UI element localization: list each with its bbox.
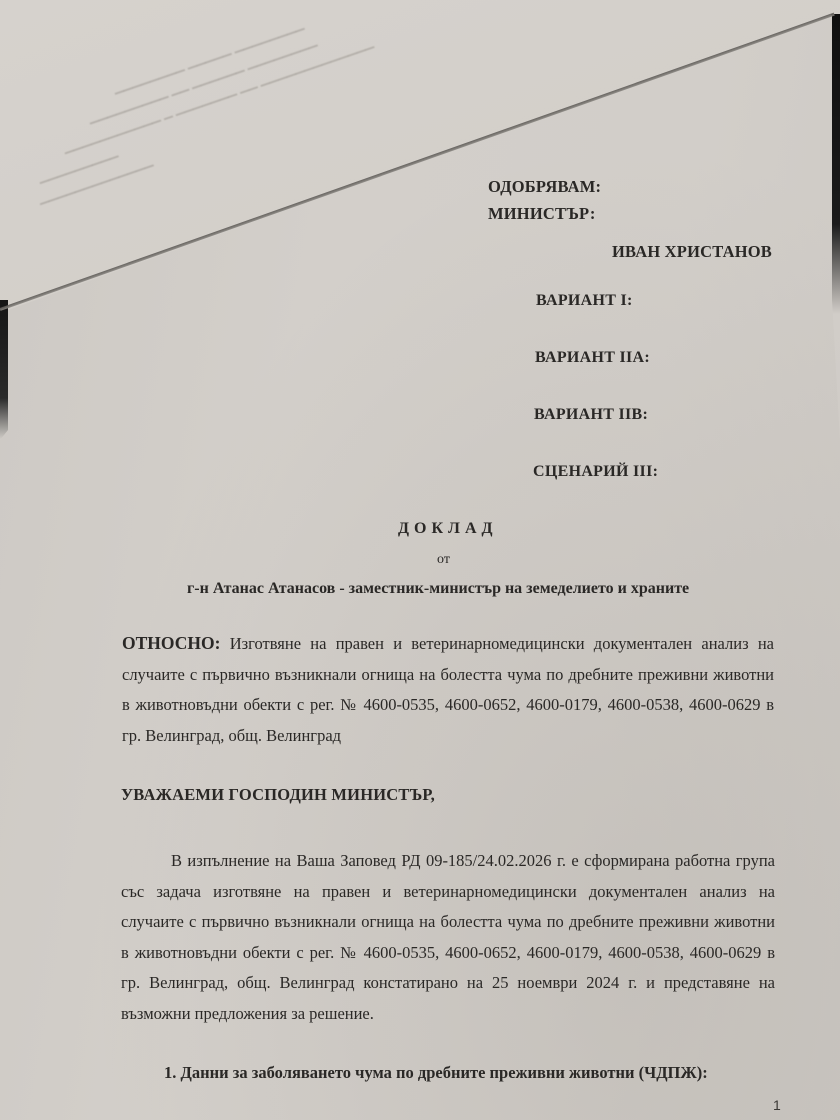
document-author: г-н Атанас Атанасов - заместник-министър… xyxy=(187,580,689,598)
body-line-4: в животновъдни обекти с рег. № 4600-0535… xyxy=(121,938,775,969)
variant-iib: ВАРИАНТ IIВ: xyxy=(534,406,648,424)
variant-iia: ВАРИАНТ IIА: xyxy=(535,349,650,367)
page-number: 1 xyxy=(773,1097,781,1113)
minister-label: МИНИСТЪР: xyxy=(488,204,596,224)
subject-paragraph: ОТНОСНО: Изготвяне на правен и ветеринар… xyxy=(122,628,774,751)
variant-i: ВАРИАНТ I: xyxy=(536,292,633,310)
scenario-iii: СЦЕНАРИЙ III: xyxy=(533,463,658,481)
subject-line-4: гр. Велинград, общ. Велинград xyxy=(122,721,774,752)
document-title: ДОКЛАД xyxy=(398,520,498,538)
subject-line-3: в животновъдни обекти с рег. № 4600-0535… xyxy=(122,690,774,721)
salutation: УВАЖАЕМИ ГОСПОДИН МИНИСТЪР, xyxy=(121,785,435,805)
subject-line-2: случаите с първично възникнали огнища на… xyxy=(122,660,774,691)
from-label: от xyxy=(437,552,450,568)
approve-label: ОДОБРЯВАМ: xyxy=(488,177,601,197)
body-line-2: със задача изготвяне на правен и ветерин… xyxy=(121,877,775,908)
section-1-heading: 1. Данни за заболяването чума по дребнит… xyxy=(164,1063,708,1083)
minister-name: ИВАН ХРИСТАНОВ xyxy=(612,242,772,262)
right-edge-shadow xyxy=(831,14,840,314)
subject-label: ОТНОСНО: xyxy=(122,633,220,653)
body-line-6: възможни предложения за решение. xyxy=(121,999,775,1030)
body-line-3: случаите с първично възникнали огнища на… xyxy=(121,907,775,938)
left-edge-shadow xyxy=(0,300,8,440)
body-line-5: гр. Велинград, общ. Велинград констатира… xyxy=(121,968,775,999)
body-paragraph: В изпълнение на Ваша Заповед РД 09-185/2… xyxy=(121,846,775,1029)
body-line-1: В изпълнение на Ваша Заповед РД 09-185/2… xyxy=(121,846,775,877)
subject-line-1: ОТНОСНО: Изготвяне на правен и ветеринар… xyxy=(122,628,774,660)
